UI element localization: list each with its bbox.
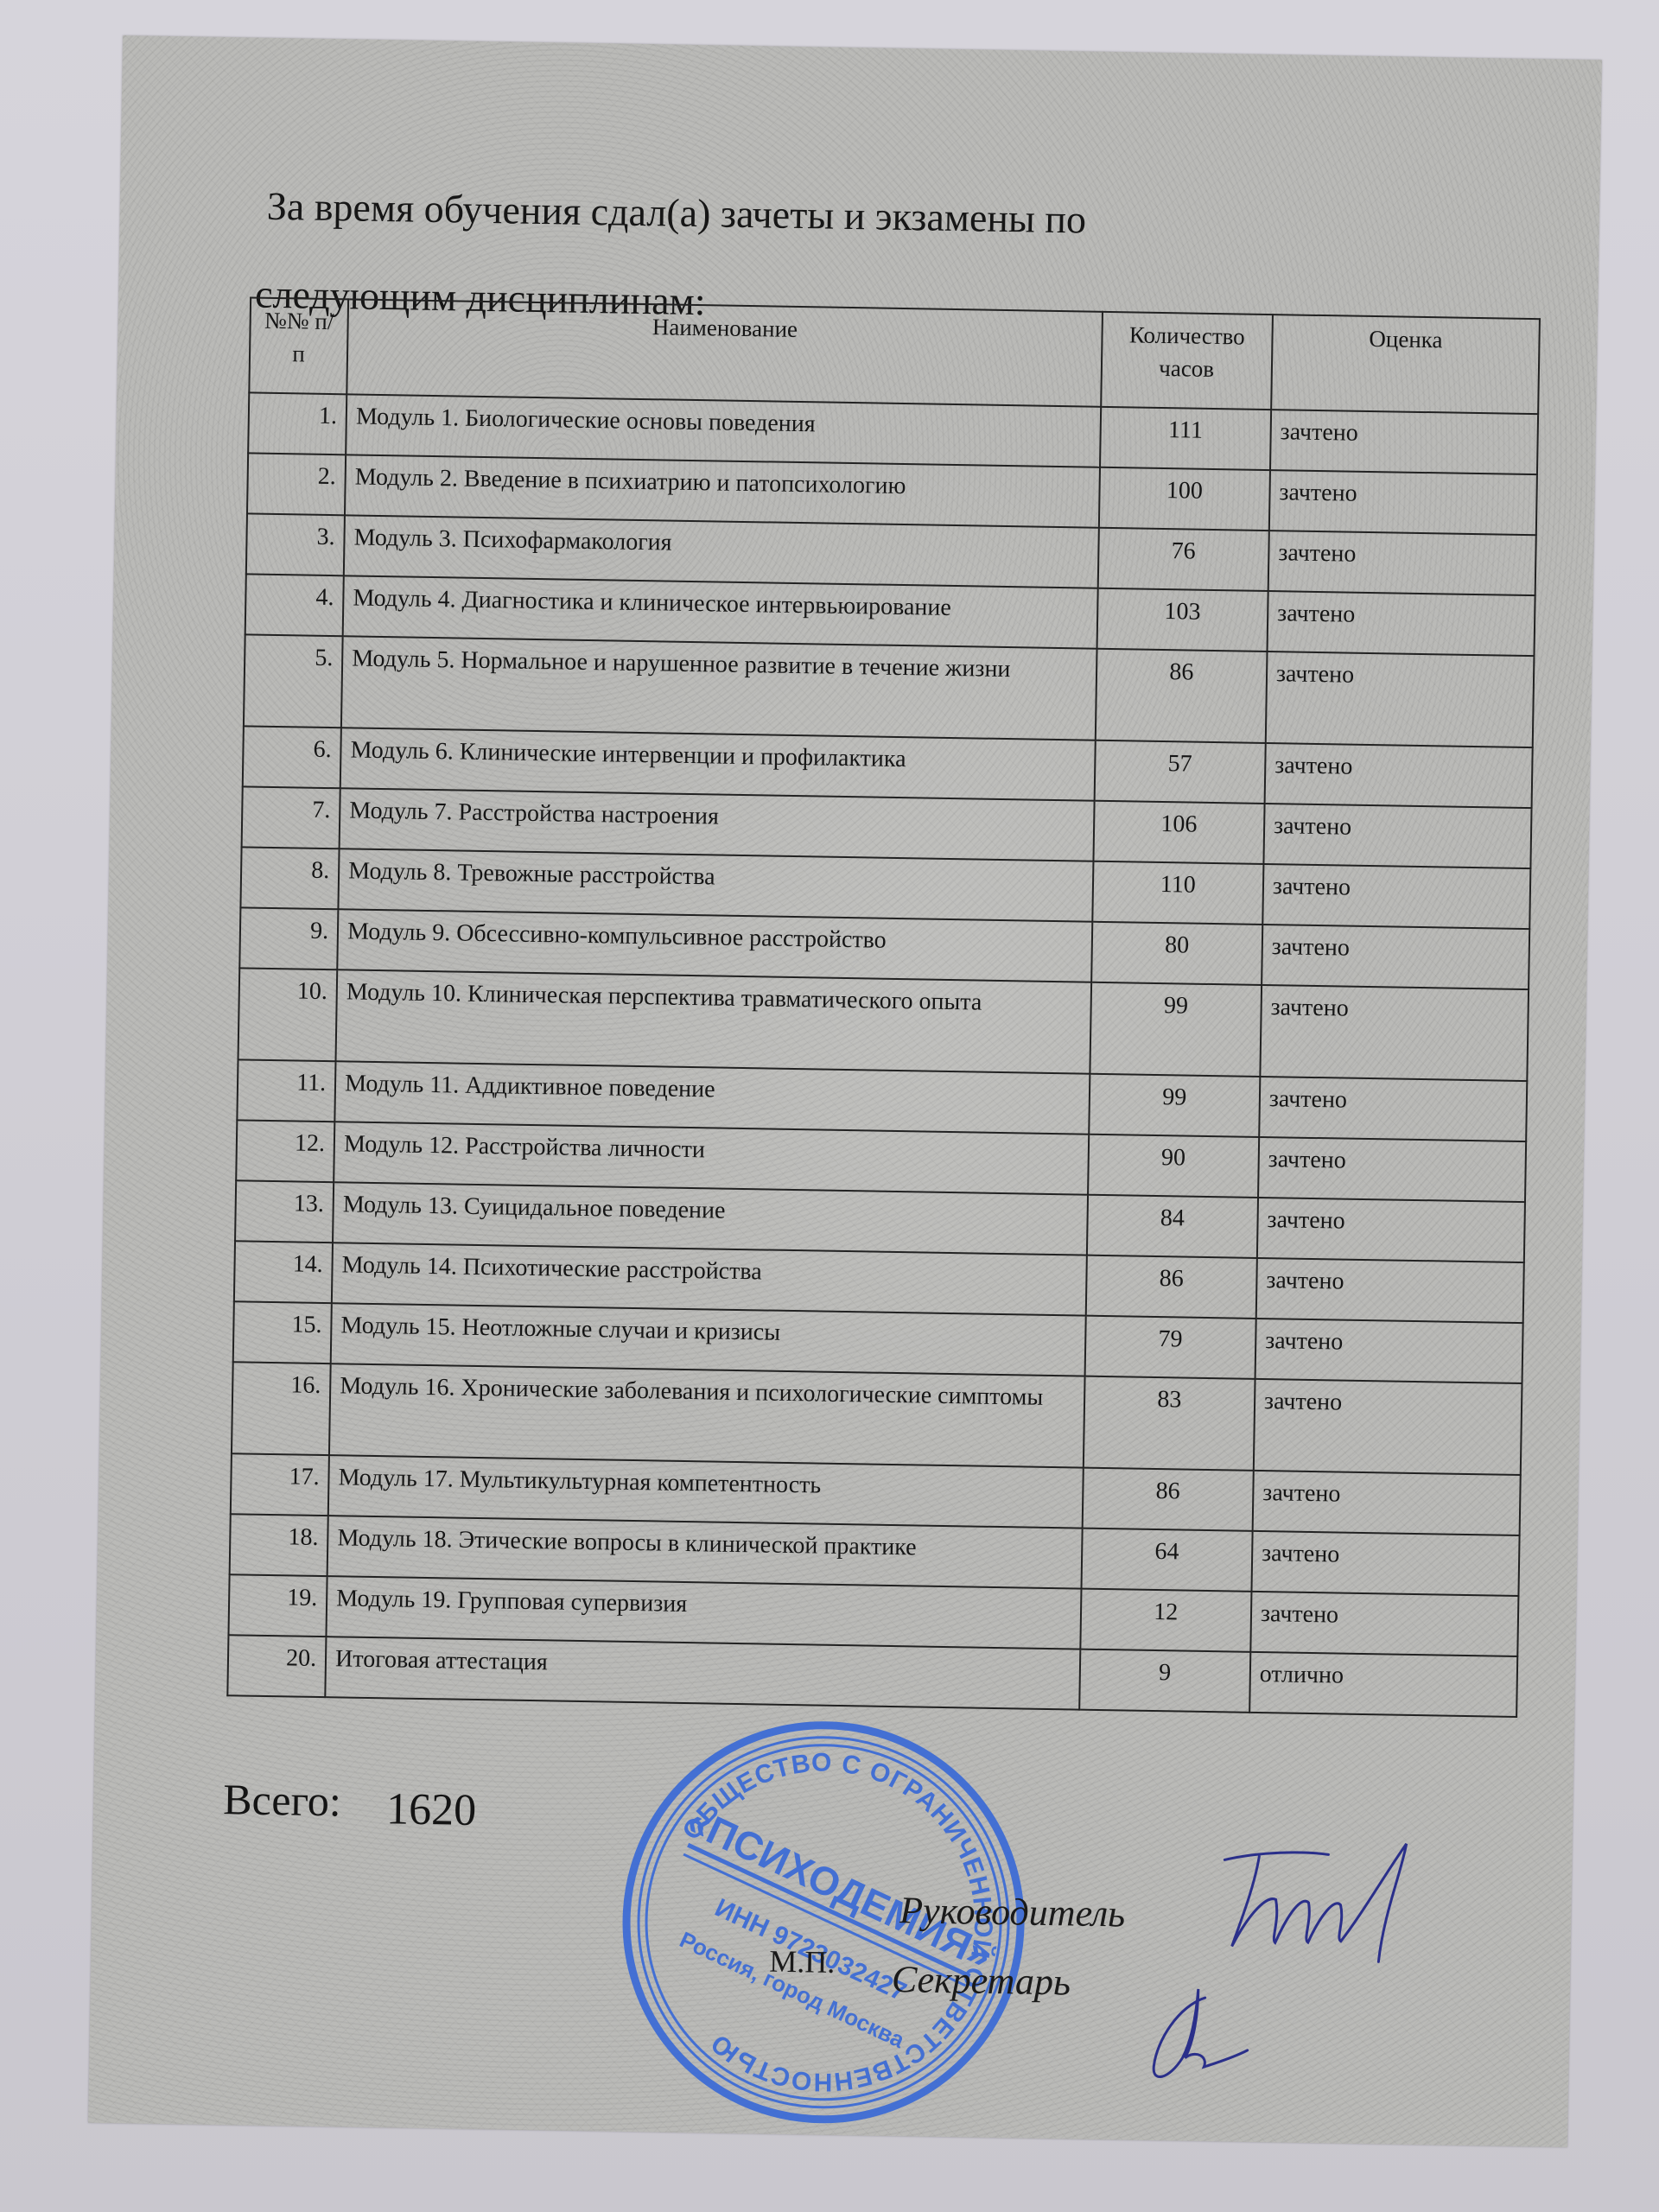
secretary-signature: [1143, 1962, 1257, 2094]
row-number: 15.: [233, 1301, 332, 1363]
row-hours: 110: [1092, 861, 1263, 925]
secretary-label: Секретарь: [891, 1945, 1124, 2018]
row-number: 2.: [247, 453, 346, 515]
total-value: 1620: [386, 1784, 477, 1835]
row-hours: 83: [1083, 1376, 1255, 1471]
row-grade: зачтено: [1268, 531, 1536, 595]
handwritten-signature-icon: [1205, 1834, 1440, 1967]
row-hours: 100: [1098, 467, 1269, 531]
row-number: 20.: [227, 1635, 326, 1697]
row-hours: 86: [1095, 649, 1267, 743]
row-grade: зачтено: [1257, 1198, 1525, 1262]
row-discipline: Модуль 5. Нормальное и нарушенное развит…: [341, 636, 1096, 740]
header-name: Наименование: [346, 299, 1102, 406]
row-hours: 79: [1084, 1316, 1255, 1379]
row-grade: зачтено: [1259, 1077, 1527, 1141]
row-hours: 80: [1091, 922, 1262, 985]
row-number: 3.: [246, 513, 345, 575]
row-grade: зачтено: [1262, 925, 1529, 989]
seal-placeholder-label: М.П.: [769, 1943, 836, 1980]
row-number: 16.: [232, 1362, 331, 1455]
row-grade: зачтено: [1260, 985, 1529, 1081]
row-grade: зачтено: [1262, 864, 1530, 929]
row-grade: зачтено: [1263, 804, 1531, 868]
total-hours: Всего: 1620: [223, 1774, 477, 1829]
row-hours: 99: [1089, 1074, 1260, 1137]
row-number: 8.: [240, 847, 339, 909]
row-hours: 64: [1081, 1529, 1252, 1592]
row-number: 7.: [242, 786, 340, 849]
row-hours: 103: [1096, 588, 1268, 652]
row-hours: 86: [1085, 1255, 1256, 1319]
row-hours: 106: [1093, 801, 1264, 864]
row-number: 6.: [243, 726, 341, 788]
row-hours: 57: [1094, 741, 1265, 804]
signature-block: Руководитель Секретарь: [898, 1876, 1126, 2018]
row-hours: 111: [1100, 407, 1271, 470]
row-hours: 99: [1090, 982, 1262, 1077]
row-number: 13.: [235, 1180, 334, 1243]
row-grade: зачтено: [1255, 1319, 1522, 1383]
row-number: 17.: [231, 1453, 329, 1516]
row-number: 12.: [236, 1120, 334, 1182]
row-grade: зачтено: [1258, 1137, 1526, 1202]
row-discipline: Модуль 16. Хронические заболевания и пси…: [329, 1363, 1084, 1467]
row-grade: зачтено: [1250, 1592, 1518, 1656]
row-grade: зачтено: [1265, 743, 1533, 808]
row-number: 1.: [248, 392, 346, 454]
row-hours: 90: [1088, 1135, 1259, 1198]
disciplines-table: №№ п/п Наименование Количество часов Оце…: [226, 296, 1541, 1718]
row-number: 4.: [245, 574, 344, 636]
row-hours: 76: [1097, 528, 1268, 591]
table-body: 1.Модуль 1. Биологические основы поведен…: [227, 392, 1538, 1717]
row-number: 19.: [228, 1574, 327, 1637]
row-grade: зачтено: [1251, 1531, 1519, 1596]
row-number: 14.: [234, 1241, 333, 1303]
total-label: Всего:: [223, 1775, 341, 1825]
header-hours: Количество часов: [1101, 312, 1273, 410]
header-grade: Оценка: [1271, 315, 1540, 414]
row-grade: зачтено: [1269, 470, 1537, 535]
head-label: Руководитель: [899, 1889, 1126, 1935]
row-grade: отлично: [1249, 1652, 1517, 1717]
row-grade: зачтено: [1270, 410, 1538, 474]
row-hours: 86: [1082, 1468, 1253, 1531]
row-grade: зачтено: [1266, 652, 1535, 747]
row-discipline: Модуль 10. Клиническая перспектива травм…: [336, 969, 1091, 1073]
row-grade: зачтено: [1253, 1471, 1521, 1535]
handwritten-signature-icon: [1143, 1962, 1257, 2094]
head-signature: [1205, 1834, 1440, 1967]
row-number: 5.: [244, 634, 343, 728]
row-hours: 9: [1079, 1649, 1250, 1713]
row-number: 10.: [238, 968, 338, 1061]
row-grade: зачтено: [1254, 1379, 1522, 1475]
row-number: 18.: [230, 1514, 328, 1576]
row-grade: зачтено: [1267, 591, 1535, 656]
row-hours: 12: [1080, 1589, 1251, 1652]
row-grade: зачтено: [1256, 1258, 1524, 1323]
header-num: №№ п/п: [249, 297, 348, 394]
certificate-page: За время обучения сдал(а) зачеты и экзам…: [88, 35, 1602, 2147]
row-number: 11.: [237, 1059, 335, 1122]
row-number: 9.: [239, 907, 338, 969]
row-hours: 84: [1086, 1195, 1257, 1258]
